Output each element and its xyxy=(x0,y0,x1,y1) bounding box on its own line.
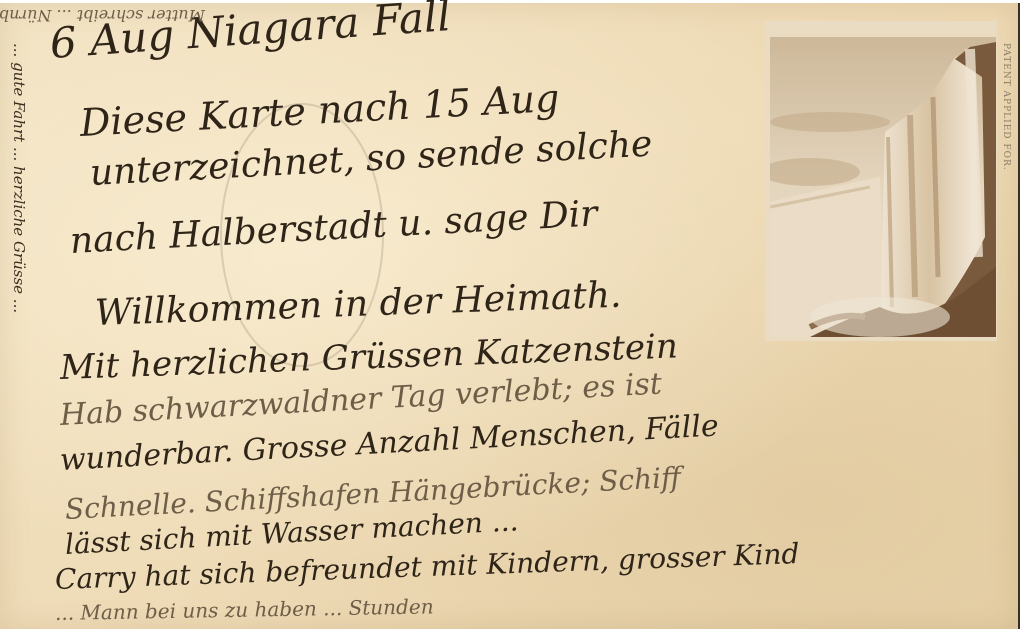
patent-imprint: PATENT APPLIED FOR. xyxy=(997,43,1011,273)
cross-writing-top: Mutter schreibt ... Nürnberger xyxy=(0,6,205,25)
handwriting-line-12: ... Mann bei uns zu haben ... Stunden xyxy=(55,594,434,625)
niagara-falls-photo xyxy=(770,37,996,337)
margin-writing-vertical: ... gute Fahrt ... herzliche Grüsse ... xyxy=(10,43,28,623)
photo-frame xyxy=(765,21,997,341)
postcard: PATENT APPLIED FOR. 6 Aug Niagara Fall D… xyxy=(0,3,1020,629)
